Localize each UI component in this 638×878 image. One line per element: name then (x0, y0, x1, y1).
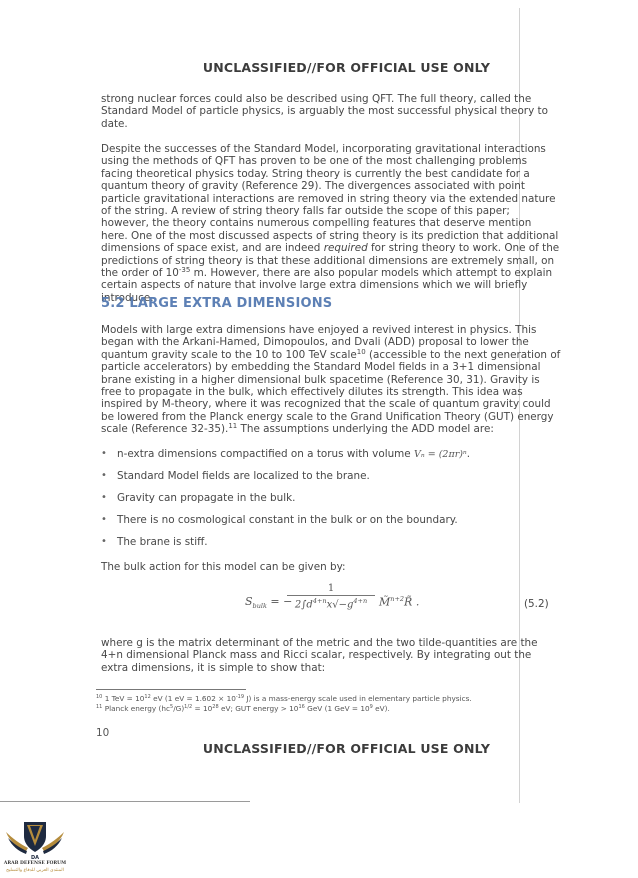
eq-part: 2∫d (295, 599, 313, 610)
text-run: The assumptions underlying the ADD model… (237, 423, 494, 435)
fn-text: eV; GUT energy > 10 (219, 704, 299, 713)
equation-rhs: M̃n+2R̃ . (379, 595, 419, 609)
fn-text: eV). (373, 704, 390, 713)
arab-defense-forum-logo: DA ARAB DEFENSE FORUM المنتدى العربي للد… (2, 818, 68, 876)
list-item: The brane is stiff. (101, 535, 561, 557)
eq-part: x√−g (327, 599, 354, 610)
footnote-divider (96, 689, 246, 690)
paragraph-bulk-action: The bulk action for this model can be gi… (101, 561, 561, 573)
footnote-ref-11[interactable]: 11 (228, 422, 237, 430)
eq-sup: n+2 (390, 595, 404, 603)
fn-text: J) is a mass-energy scale used in elemen… (244, 694, 472, 703)
page-number: 10 (96, 727, 109, 739)
logo-subtitle: المنتدى العربي للدفاع والتسليح (2, 868, 68, 873)
exponent: -35 (179, 266, 190, 274)
equation-number: (5.2) (524, 598, 549, 610)
eq-subscript: bulk (253, 602, 267, 610)
footnote-11: 11 Planck energy (hc5/G)1/2 = 1028 eV; G… (96, 704, 566, 713)
eq-sup: 4+n (353, 597, 367, 605)
volume-formula: Vₙ = (2πr)ⁿ (414, 449, 467, 460)
classification-header: UNCLASSIFIED//FOR OFFICIAL USE ONLY (0, 60, 638, 75)
eq-numerator: 1 (287, 583, 375, 596)
classification-footer: UNCLASSIFIED//FOR OFFICIAL USE ONLY (0, 741, 638, 756)
scan-edge-line (0, 801, 250, 802)
eq-symbol: S (245, 595, 253, 608)
logo-title: ARAB DEFENSE FORUM (2, 861, 68, 866)
bullet-text: n-extra dimensions compactified on a tor… (117, 448, 414, 460)
paragraph-string-theory: Despite the successes of the Standard Mo… (101, 143, 561, 304)
footnote-10: 10 1 TeV = 1012 eV (1 eV = 1.602 × 10-19… (96, 694, 566, 703)
eq-part: M̃ (379, 596, 390, 609)
fn-text: GeV (1 GeV = 10 (305, 704, 370, 713)
eq-denominator: 2∫d4+nx√−g4+n (287, 596, 375, 610)
fn-sup: -19 (236, 694, 244, 700)
equation-lhs: Sbulk = − (245, 595, 292, 610)
fn-text: Planck energy (hc (102, 704, 170, 713)
list-item: Gravity can propagate in the bulk. (101, 491, 561, 513)
paragraph-add-model: Models with large extra dimensions have … (101, 324, 561, 436)
paragraph-tilde-quantities: where g is the matrix determinant of the… (101, 637, 561, 674)
eq-sup: 4+n (313, 597, 327, 605)
fn-text: = 10 (192, 704, 212, 713)
list-item: Standard Model fields are localized to t… (101, 469, 561, 491)
fn-text: /G) (173, 704, 184, 713)
assumption-list: n-extra dimensions compactified on a tor… (101, 447, 561, 557)
text-run: Despite the successes of the Standard Mo… (101, 143, 558, 254)
fn-sup: 1/2 (184, 704, 192, 710)
bullet-text: . (467, 448, 470, 460)
fn-text: 1 TeV = 10 (102, 694, 144, 703)
footnote-ref-10[interactable]: 10 (357, 348, 366, 356)
list-item: n-extra dimensions compactified on a tor… (101, 447, 561, 469)
paragraph-intro: strong nuclear forces could also be desc… (101, 93, 561, 130)
shield-wings-icon: DA (2, 818, 68, 862)
fn-text: eV (1 eV = 1.602 × 10 (151, 694, 236, 703)
emphasis-required: required (324, 242, 368, 254)
list-item: There is no cosmological constant in the… (101, 513, 561, 535)
eq-part: R̃ . (404, 596, 419, 609)
section-heading: 5.2 LARGE EXTRA DIMENSIONS (101, 296, 332, 311)
equation-fraction: 1 2∫d4+nx√−g4+n (287, 583, 375, 610)
